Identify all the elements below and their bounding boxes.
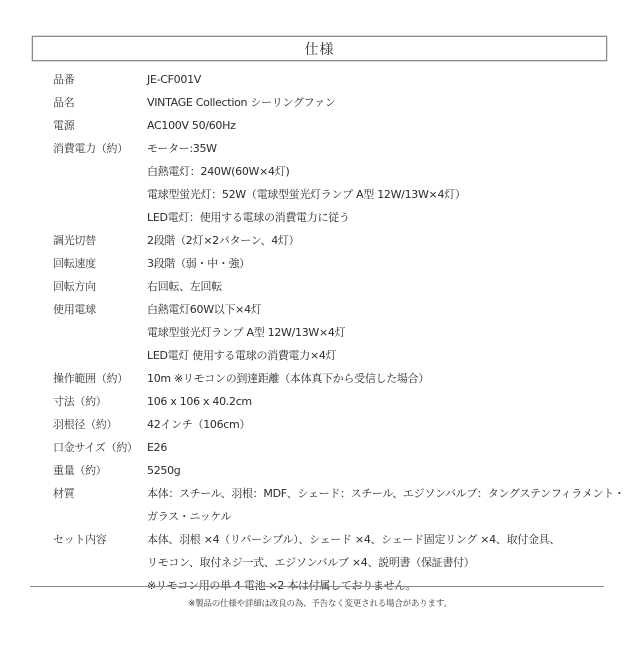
spec-values: 本体：スチール、羽根：MDF、シェード：スチール、エジソンバルブ：タングステンフ… — [147, 482, 625, 528]
spec-value: リモコン、取付ネジ一式、エジソンバルブ ×4、説明書（保証書付） — [147, 551, 613, 574]
spec-value: JE-CF001V — [147, 68, 613, 91]
spec-value: モーター:35W — [147, 137, 613, 160]
spec-label: 重量（約） — [53, 459, 147, 482]
spec-value: 電球型蛍光灯ランプ A型 12W/13W×4灯 — [147, 321, 613, 344]
spec-row: 回転方向右回転、左回転 — [53, 275, 613, 298]
spec-title: 仕様 — [305, 39, 335, 59]
spec-values: 5250g — [147, 459, 613, 482]
spec-title-box: 仕様 — [32, 36, 607, 61]
spec-value: ガラス・ニッケル — [147, 505, 625, 528]
spec-label: 電源 — [53, 114, 147, 137]
disclaimer-footnote: ※製品の仕様や詳細は改良の為、予告なく変更される場合があります。 — [0, 597, 640, 609]
spec-value: 白熱電灯60W以下×4灯 — [147, 298, 613, 321]
spec-row: 回転速度3段階（弱・中・強） — [53, 252, 613, 275]
spec-label: 寸法（約） — [53, 390, 147, 413]
spec-value: 白熱電灯：240W(60W×4灯) — [147, 160, 613, 183]
spec-values: 2段階（2灯×2パターン、4灯） — [147, 229, 613, 252]
spec-values: JE-CF001V — [147, 68, 613, 91]
footer-divider — [30, 586, 604, 587]
spec-value: E26 — [147, 436, 613, 459]
spec-value: 右回転、左回転 — [147, 275, 613, 298]
spec-value: 2段階（2灯×2パターン、4灯） — [147, 229, 613, 252]
spec-value: LED電灯 使用する電球の消費電力×4灯 — [147, 344, 613, 367]
spec-label: 操作範囲（約） — [53, 367, 147, 390]
spec-value: 10m ※リモコンの到達距離（本体真下から受信した場合） — [147, 367, 613, 390]
spec-row: 材質本体：スチール、羽根：MDF、シェード：スチール、エジソンバルブ：タングステ… — [53, 482, 613, 528]
spec-row: 操作範囲（約）10m ※リモコンの到達距離（本体真下から受信した場合） — [53, 367, 613, 390]
spec-value: 106 x 106 x 40.2cm — [147, 390, 613, 413]
spec-values: 10m ※リモコンの到達距離（本体真下から受信した場合） — [147, 367, 613, 390]
spec-row: 羽根径（約）42インチ（106cm） — [53, 413, 613, 436]
spec-value: VINTAGE Collection シーリングファン — [147, 91, 613, 114]
spec-value: 42インチ（106cm） — [147, 413, 613, 436]
spec-value: LED電灯：使用する電球の消費電力に従う — [147, 206, 613, 229]
spec-label: 口金サイズ（約） — [53, 436, 147, 459]
spec-row: 消費電力（約）モーター:35W白熱電灯：240W(60W×4灯)電球型蛍光灯：5… — [53, 137, 613, 229]
spec-values: 3段階（弱・中・強） — [147, 252, 613, 275]
spec-values: 106 x 106 x 40.2cm — [147, 390, 613, 413]
spec-row: 口金サイズ（約）E26 — [53, 436, 613, 459]
spec-label: セット内容 — [53, 528, 147, 551]
spec-value: 電球型蛍光灯：52W（電球型蛍光灯ランプ A型 12W/13W×4灯） — [147, 183, 613, 206]
spec-value: 本体、羽根 ×4（リバーシブル）、シェード ×4、シェード固定リング ×4、取付… — [147, 528, 613, 551]
spec-row: 電源AC100V 50/60Hz — [53, 114, 613, 137]
spec-values: 右回転、左回転 — [147, 275, 613, 298]
spec-value: AC100V 50/60Hz — [147, 114, 613, 137]
spec-row: 重量（約）5250g — [53, 459, 613, 482]
spec-values: 白熱電灯60W以下×4灯電球型蛍光灯ランプ A型 12W/13W×4灯LED電灯… — [147, 298, 613, 367]
spec-value: 5250g — [147, 459, 613, 482]
spec-value: 本体：スチール、羽根：MDF、シェード：スチール、エジソンバルブ：タングステンフ… — [147, 482, 625, 505]
spec-values: 42インチ（106cm） — [147, 413, 613, 436]
spec-values: モーター:35W白熱電灯：240W(60W×4灯)電球型蛍光灯：52W（電球型蛍… — [147, 137, 613, 229]
spec-label: 回転速度 — [53, 252, 147, 275]
spec-value: 3段階（弱・中・強） — [147, 252, 613, 275]
spec-row: 寸法（約）106 x 106 x 40.2cm — [53, 390, 613, 413]
spec-row: 調光切替2段階（2灯×2パターン、4灯） — [53, 229, 613, 252]
spec-values: E26 — [147, 436, 613, 459]
spec-label: 品番 — [53, 68, 147, 91]
spec-label: 回転方向 — [53, 275, 147, 298]
spec-table: 品番JE-CF001V品名VINTAGE Collection シーリングファン… — [53, 68, 613, 597]
spec-row: 品名VINTAGE Collection シーリングファン — [53, 91, 613, 114]
spec-label: 羽根径（約） — [53, 413, 147, 436]
spec-row: 品番JE-CF001V — [53, 68, 613, 91]
spec-label: 調光切替 — [53, 229, 147, 252]
spec-label: 材質 — [53, 482, 147, 505]
spec-label: 消費電力（約） — [53, 137, 147, 160]
spec-values: VINTAGE Collection シーリングファン — [147, 91, 613, 114]
spec-row: 使用電球白熱電灯60W以下×4灯電球型蛍光灯ランプ A型 12W/13W×4灯L… — [53, 298, 613, 367]
spec-label: 品名 — [53, 91, 147, 114]
spec-values: AC100V 50/60Hz — [147, 114, 613, 137]
spec-label: 使用電球 — [53, 298, 147, 321]
